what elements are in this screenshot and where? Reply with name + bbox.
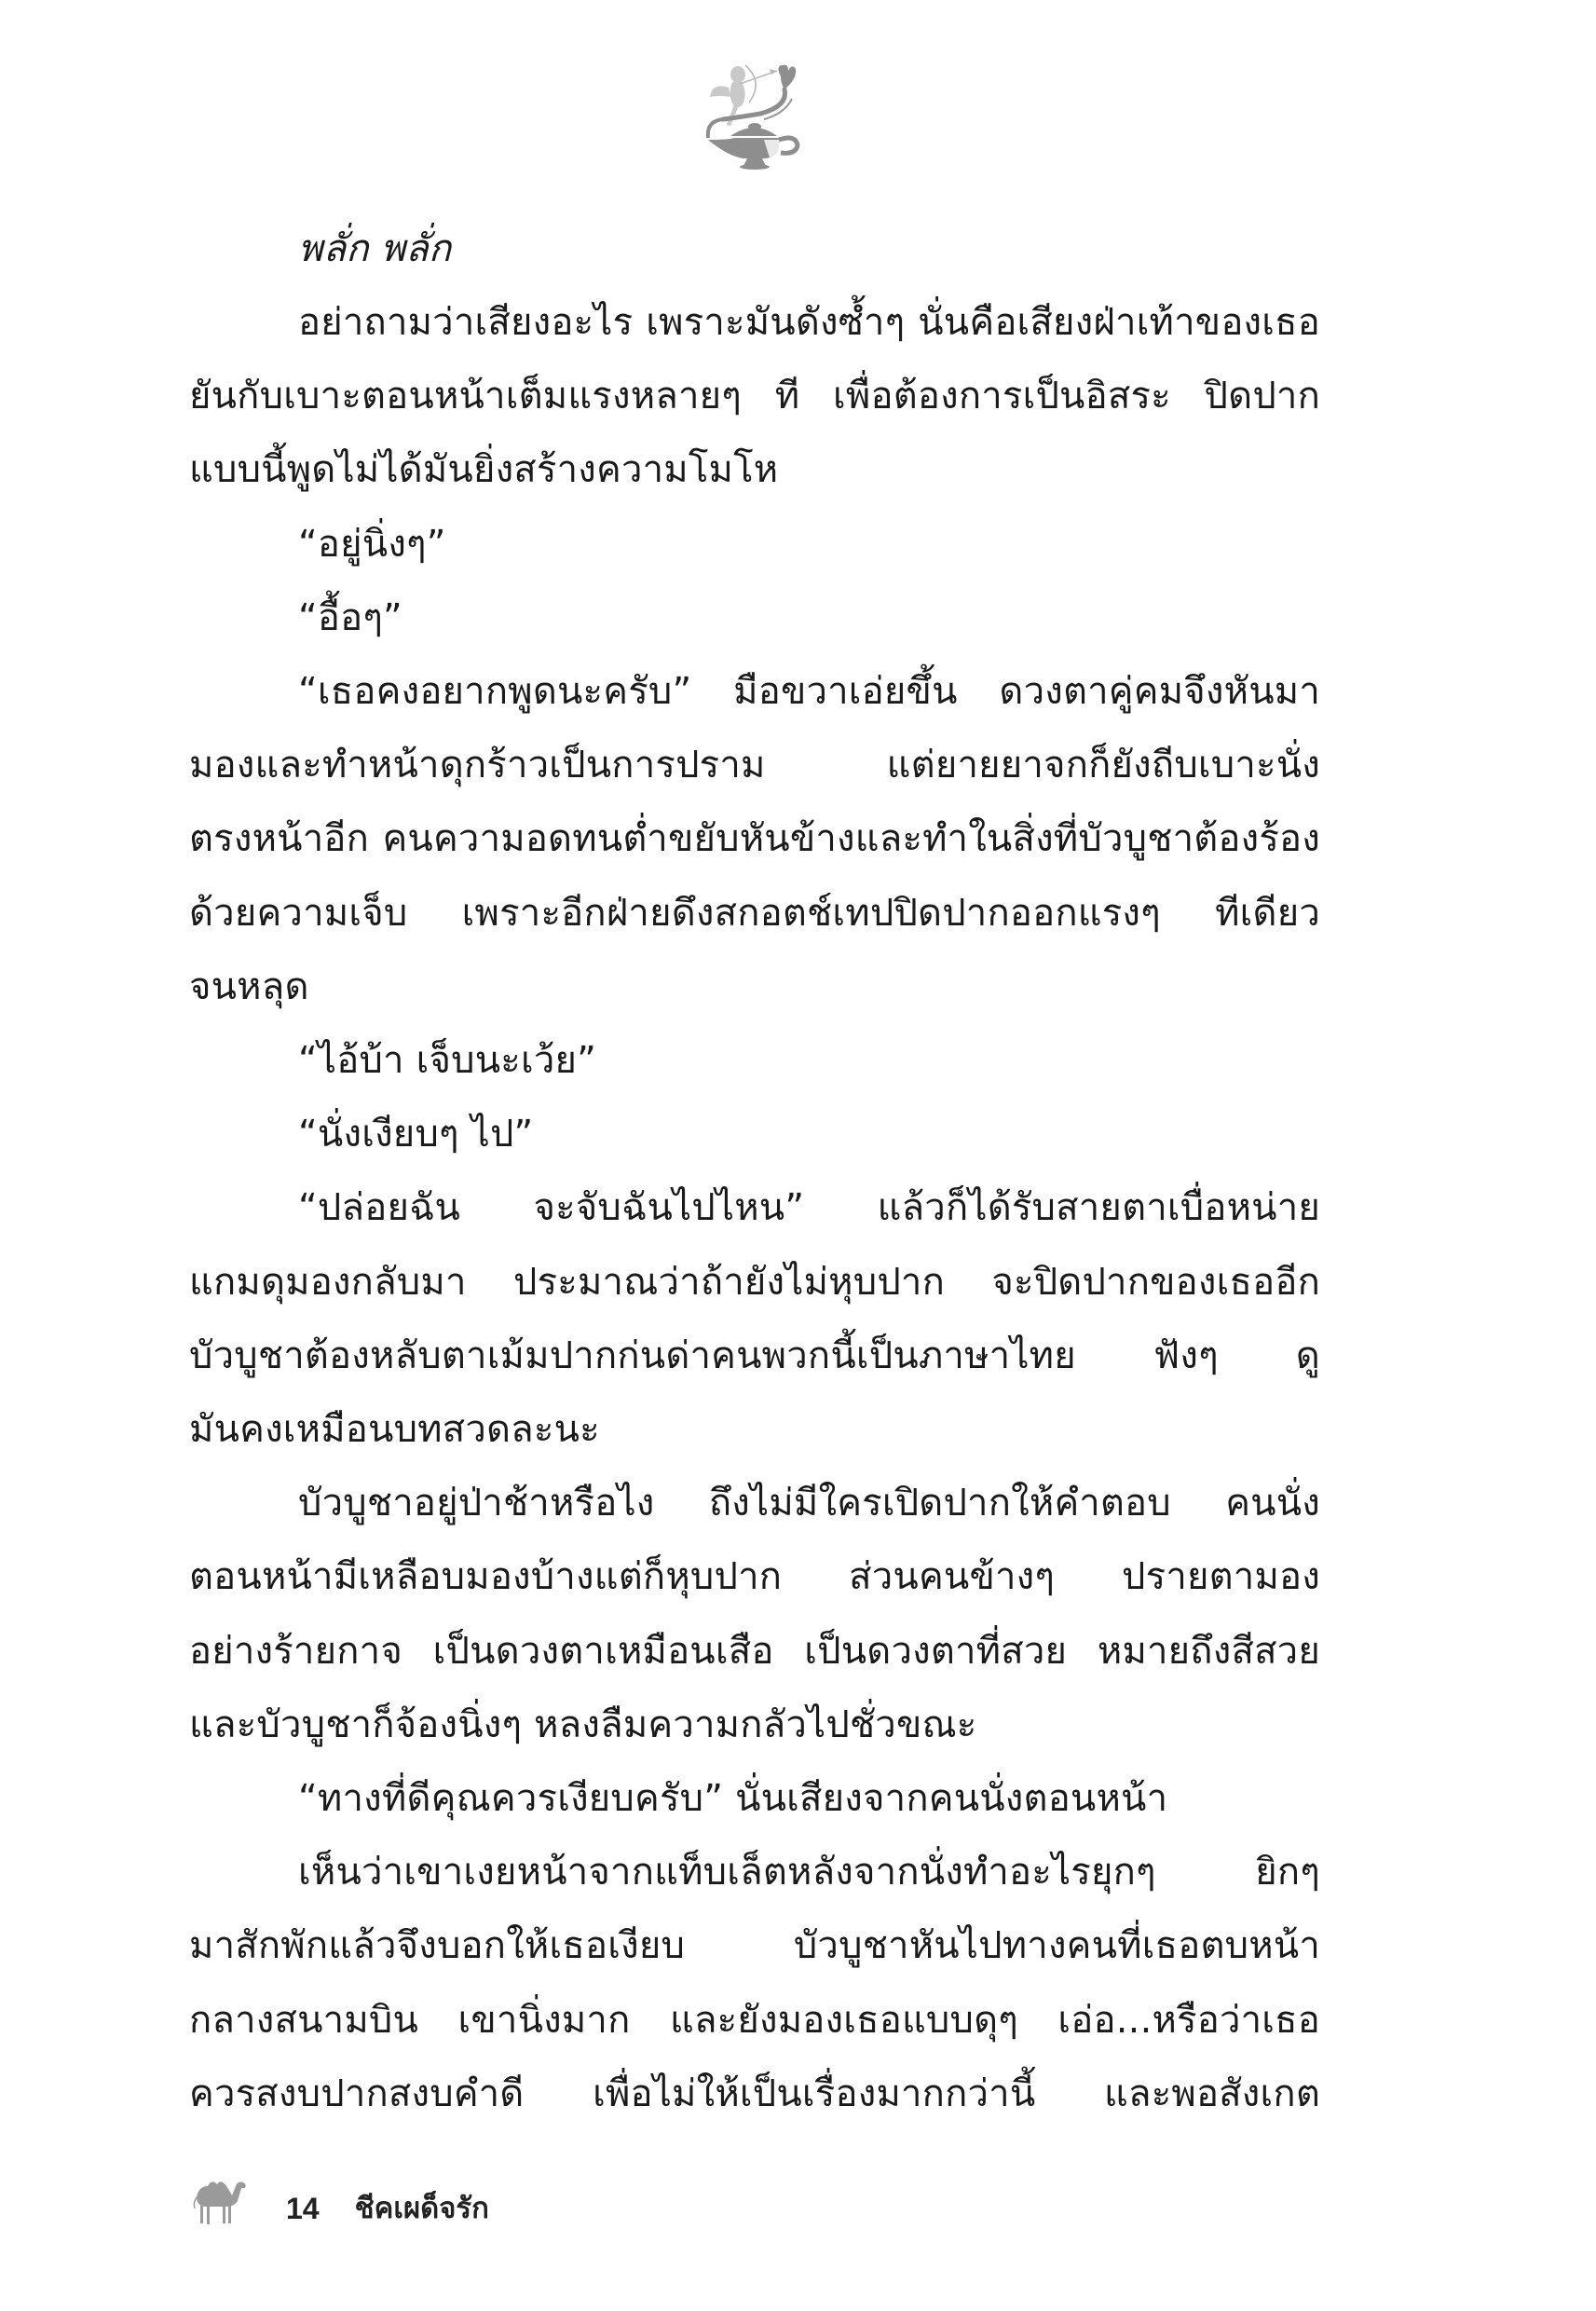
paragraph-line: กลางสนามบิน เขานิ่งมาก และยังมองเธอแบบดุ… (189, 1983, 1320, 2058)
dialogue-line: “อยู่นิ่งๆ” (189, 507, 1320, 581)
dialogue-line: “อื้อๆ” (189, 581, 1320, 655)
camel-icon (191, 2175, 249, 2227)
paragraph-line: จนหลุด (189, 950, 1320, 1024)
paragraph-line: “ปล่อยฉัน จะจับฉันไปไหน” แล้วก็ได้รับสาย… (189, 1170, 1320, 1245)
paragraph-line: ด้วยความเจ็บ เพราะอีกฝ่ายดึงสกอตช์เทปปิด… (189, 876, 1320, 950)
paragraph-line: บัวบูชาอยู่ป่าช้าหรือไง ถึงไม่มีใครเปิดป… (189, 1466, 1320, 1540)
paragraph-line: พลั่ก พลั่ก (189, 212, 1320, 286)
paragraph-line: บัวบูชาต้องหลับตาเม้มปากก่นด่าคนพวกนี้เป… (189, 1319, 1320, 1393)
dialogue-line: “นั่งเงียบๆ ไป” (189, 1097, 1320, 1171)
page-number: 14 (286, 2190, 320, 2227)
paragraph-line: แบบนี้พูดไม่ได้มันยิ่งสร้างความโมโห (189, 432, 1320, 507)
paragraph-line: ควรสงบปากสงบคำดี เพื่อไม่ให้เป็นเรื่องมา… (189, 2057, 1320, 2131)
paragraph-line: แกมดุมองกลับมา ประมาณว่าถ้ายังไม่หุบปาก … (189, 1245, 1320, 1320)
magic-lamp-with-cupid-icon (691, 54, 811, 171)
paragraph-line: มันคงเหมือนบทสวดละนะ (189, 1392, 1320, 1467)
paragraph-line: “เธอคงอยากพูดนะครับ” มือขวาเอ่ยขึ้น ดวงต… (189, 654, 1320, 729)
paragraph-line: และบัวบูชาก็จ้องนิ่งๆ หลงลืมความกลัวไปชั… (189, 1688, 1320, 1762)
paragraph-line: อย่างร้ายกาจ เป็นดวงตาเหมือนเสือ เป็นดวง… (189, 1614, 1320, 1689)
paragraph-line: ยันกับเบาะตอนหน้าเต็มแรงหลายๆ ที เพื่อต้… (189, 359, 1320, 433)
paragraph-line: อย่าถามว่าเสียงอะไร เพราะมันดังซ้ำๆ นั่น… (189, 285, 1320, 360)
dialogue-line: “ไอ้บ้า เจ็บนะเว้ย” (189, 1023, 1320, 1098)
paragraph-line: เห็นว่าเขาเงยหน้าจากแท็บเล็ตหลังจากนั่งท… (189, 1835, 1320, 1909)
dialogue-line: “ทางที่ดีคุณควรเงียบครับ” นั่นเสียงจากคน… (189, 1761, 1320, 1836)
page-footer: 14 ชีคเผด็จรัก (191, 2171, 489, 2227)
book-title: ชีคเผด็จรัก (355, 2190, 489, 2227)
paragraph-line: มองและทำหน้าดุกร้าวเป็นการปราม แต่ยายยาจ… (189, 728, 1320, 802)
paragraph-line: มาสักพักแล้วจึงบอกให้เธอเงียบ บัวบูชาหัน… (189, 1908, 1320, 1983)
paragraph-line: ตอนหน้ามีเหลือบมองบ้างแต่ก็หุบปาก ส่วนคน… (189, 1539, 1320, 1614)
paragraph-line: ตรงหน้าอีก คนความอดทนต่ำขยับหันข้างและทำ… (189, 801, 1320, 876)
